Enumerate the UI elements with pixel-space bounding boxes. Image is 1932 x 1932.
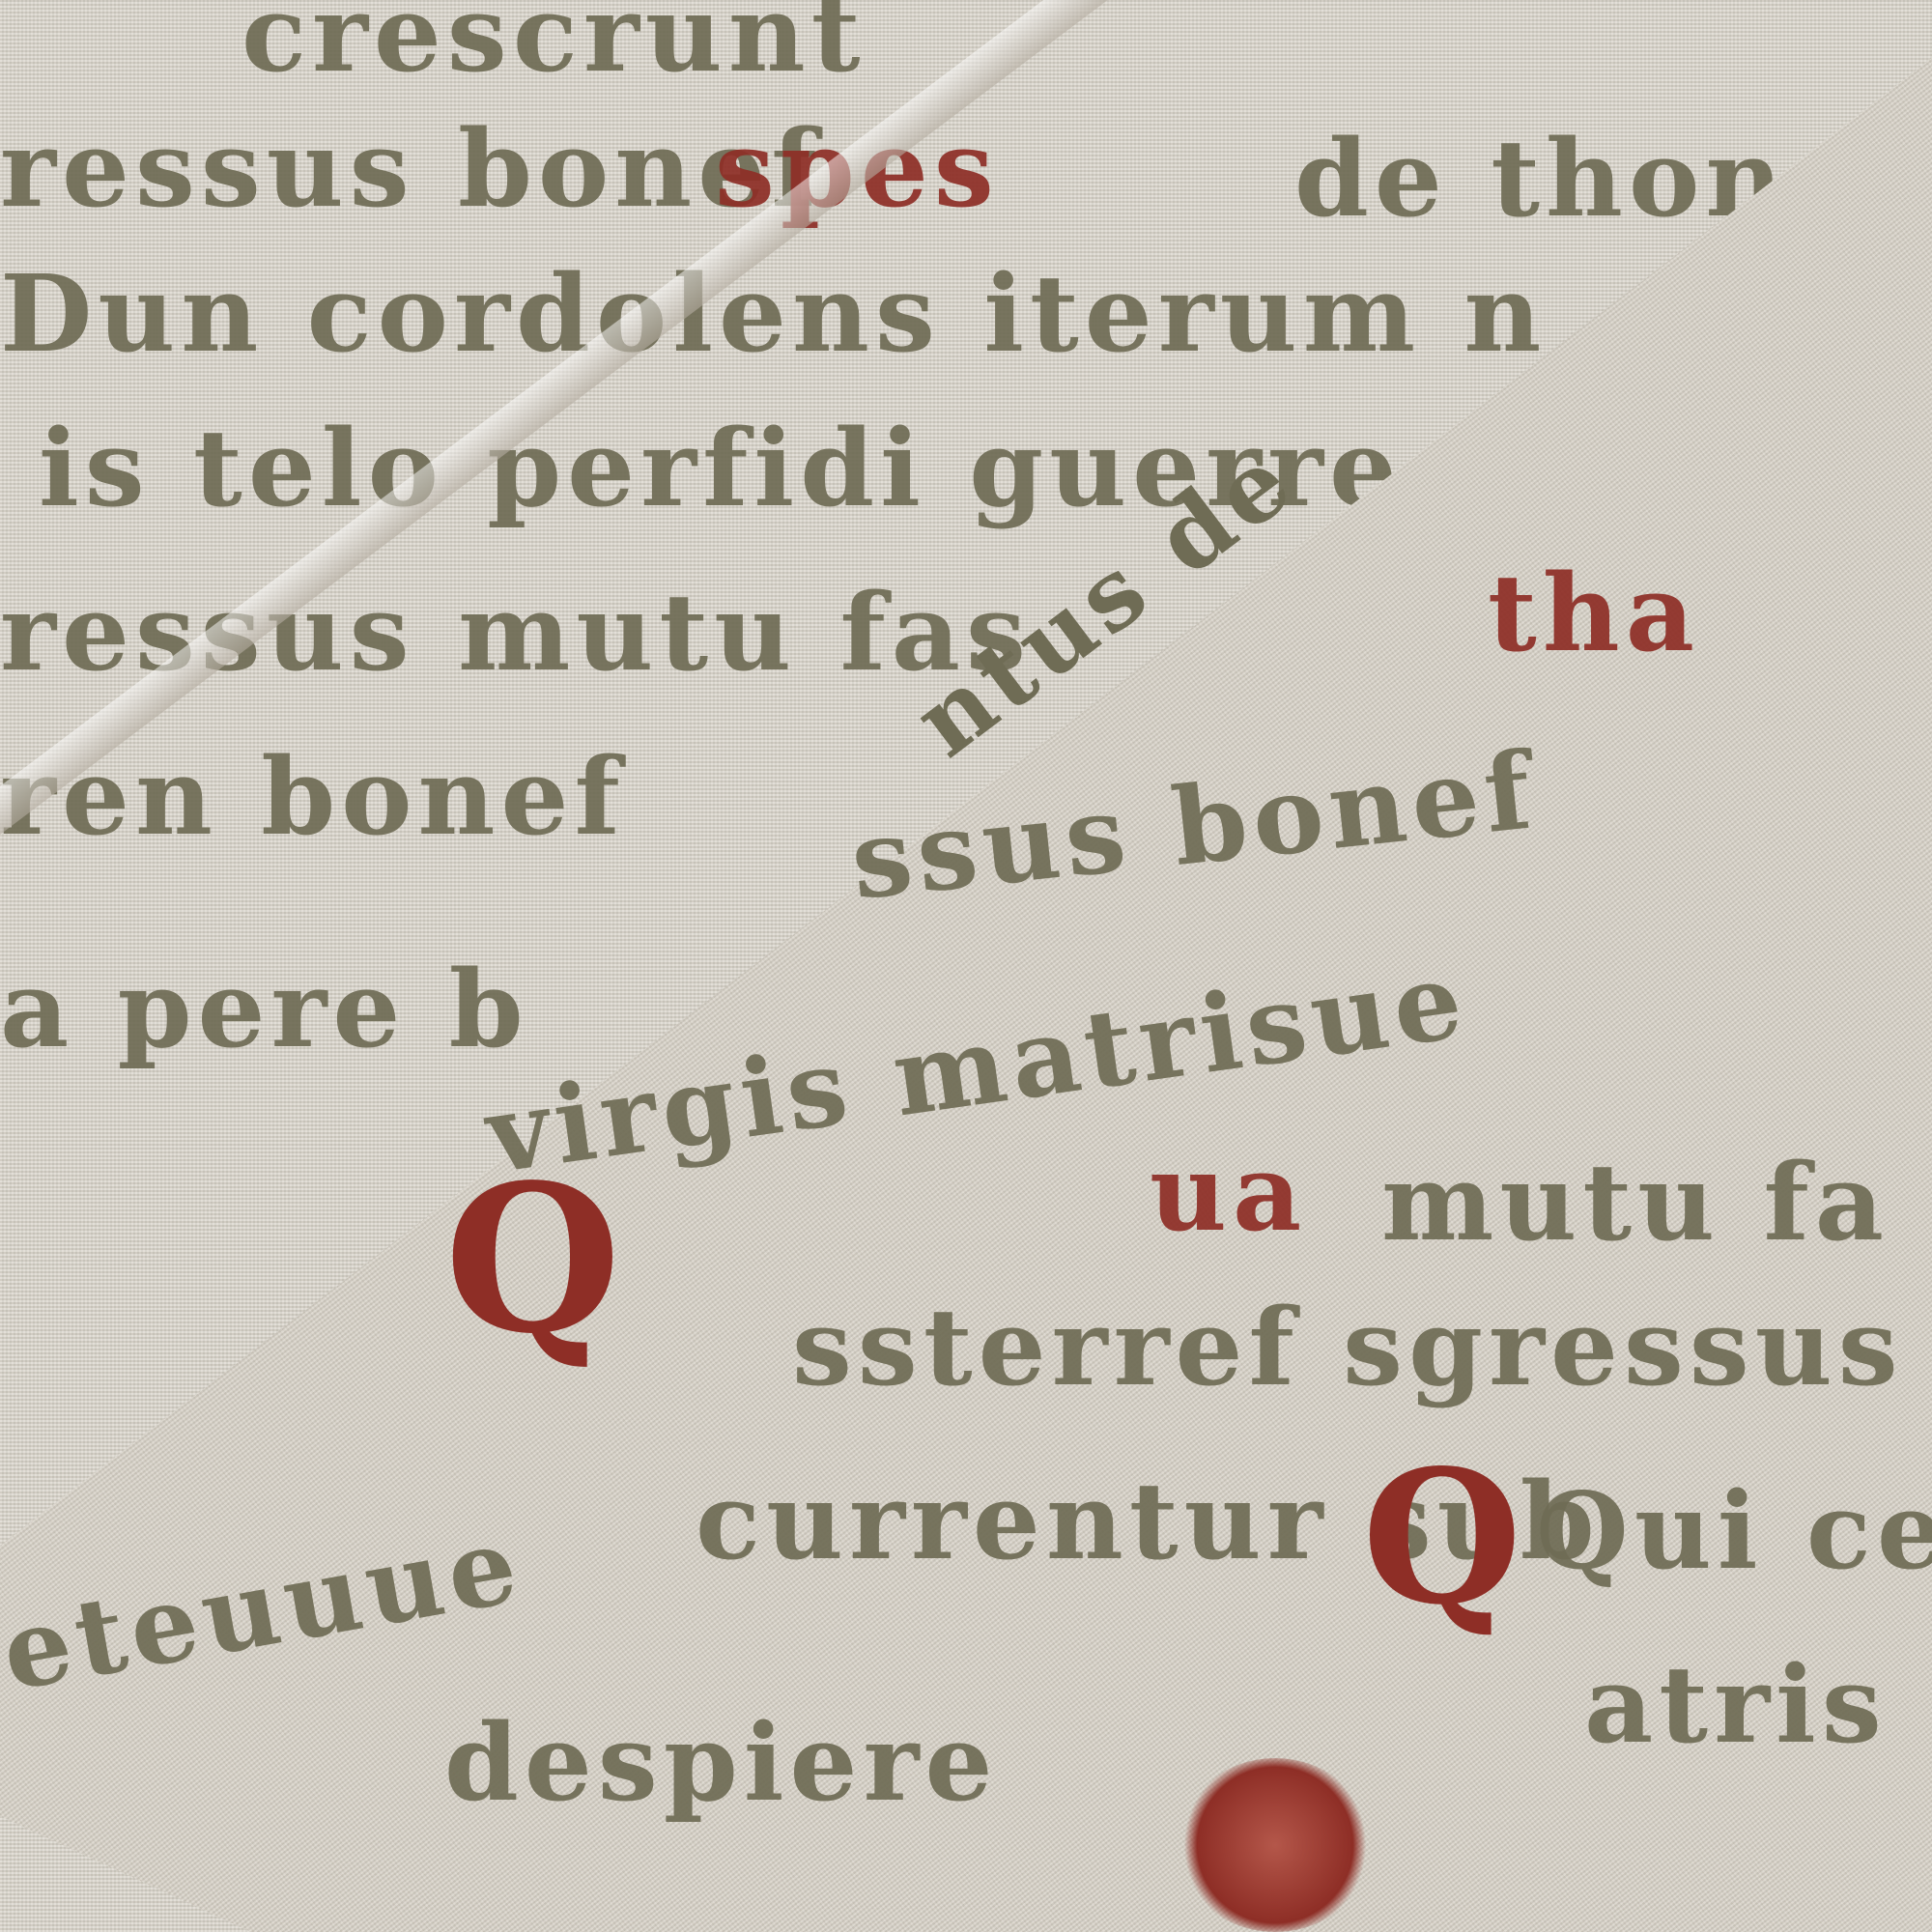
red-text: ua xyxy=(1150,1130,1307,1255)
text-line: mutu fa xyxy=(1381,1140,1889,1264)
flower-motif xyxy=(1179,1758,1372,1932)
text-line: de thon xyxy=(1294,116,1788,241)
text-line: ssterref sgressus xyxy=(792,1285,1904,1409)
red-initial-q: Q xyxy=(1362,1430,1522,1645)
text-line: atris xyxy=(1584,1642,1888,1767)
text-line: Qui ce xyxy=(1536,1468,1932,1593)
text-line: despiere xyxy=(444,1700,998,1825)
text-line: ressus bonef xyxy=(0,106,823,231)
text-line: crescrunt xyxy=(241,0,867,96)
text-line: Dun cordolens iterum n xyxy=(0,251,1547,376)
red-initial-q: Q xyxy=(444,1140,621,1378)
text-line: a pere b xyxy=(0,947,529,1071)
red-text: tha xyxy=(1488,551,1700,675)
